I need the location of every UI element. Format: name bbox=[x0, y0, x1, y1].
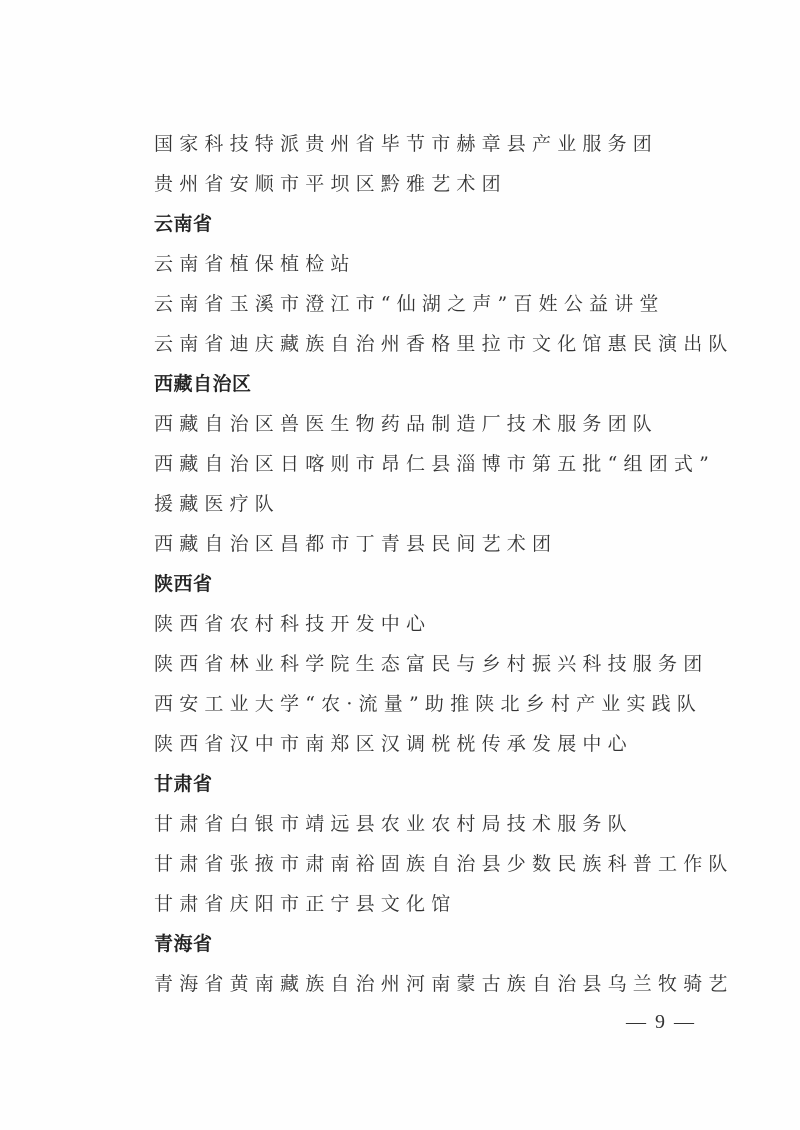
list-item: 西藏自治区日喀则市昂仁县淄博市第五批“组团式” bbox=[154, 444, 734, 484]
list-item: 云南省玉溪市澄江市“仙湖之声”百姓公益讲堂 bbox=[154, 284, 734, 324]
list-item-continuation: 援藏医疗队 bbox=[154, 484, 734, 524]
list-item: 陕西省农村科技开发中心 bbox=[154, 604, 734, 644]
list-item: 云南省植保植检站 bbox=[154, 244, 734, 284]
list-item: 青海省黄南藏族自治州河南蒙古族自治县乌兰牧骑艺 bbox=[154, 964, 734, 1004]
section-heading-shaanxi: 陕西省 bbox=[154, 564, 734, 604]
section-heading-yunnan: 云南省 bbox=[154, 204, 734, 244]
document-page: 国家科技特派贵州省毕节市赫章县产业服务团 贵州省安顺市平坝区黔雅艺术团 云南省 … bbox=[0, 0, 800, 1130]
list-item: 甘肃省白银市靖远县农业农村局技术服务队 bbox=[154, 804, 734, 844]
list-item: 西安工业大学“农·流量”助推陕北乡村产业实践队 bbox=[154, 684, 734, 724]
section-heading-tibet: 西藏自治区 bbox=[154, 364, 734, 404]
section-heading-gansu: 甘肃省 bbox=[154, 764, 734, 804]
list-item: 甘肃省庆阳市正宁县文化馆 bbox=[154, 884, 734, 924]
list-item: 贵州省安顺市平坝区黔雅艺术团 bbox=[154, 164, 734, 204]
list-item: 国家科技特派贵州省毕节市赫章县产业服务团 bbox=[154, 124, 734, 164]
list-item: 甘肃省张掖市肃南裕固族自治县少数民族科普工作队 bbox=[154, 844, 734, 884]
list-item: 西藏自治区昌都市丁青县民间艺术团 bbox=[154, 524, 734, 564]
document-body: 国家科技特派贵州省毕节市赫章县产业服务团 贵州省安顺市平坝区黔雅艺术团 云南省 … bbox=[154, 124, 734, 1004]
list-item: 陕西省林业科学院生态富民与乡村振兴科技服务团 bbox=[154, 644, 734, 684]
list-item: 陕西省汉中市南郑区汉调桄桄传承发展中心 bbox=[154, 724, 734, 764]
list-item: 云南省迪庆藏族自治州香格里拉市文化馆惠民演出队 bbox=[154, 324, 734, 364]
section-heading-qinghai: 青海省 bbox=[154, 924, 734, 964]
page-number: — 9 — bbox=[626, 1008, 696, 1036]
list-item: 西藏自治区兽医生物药品制造厂技术服务团队 bbox=[154, 404, 734, 444]
